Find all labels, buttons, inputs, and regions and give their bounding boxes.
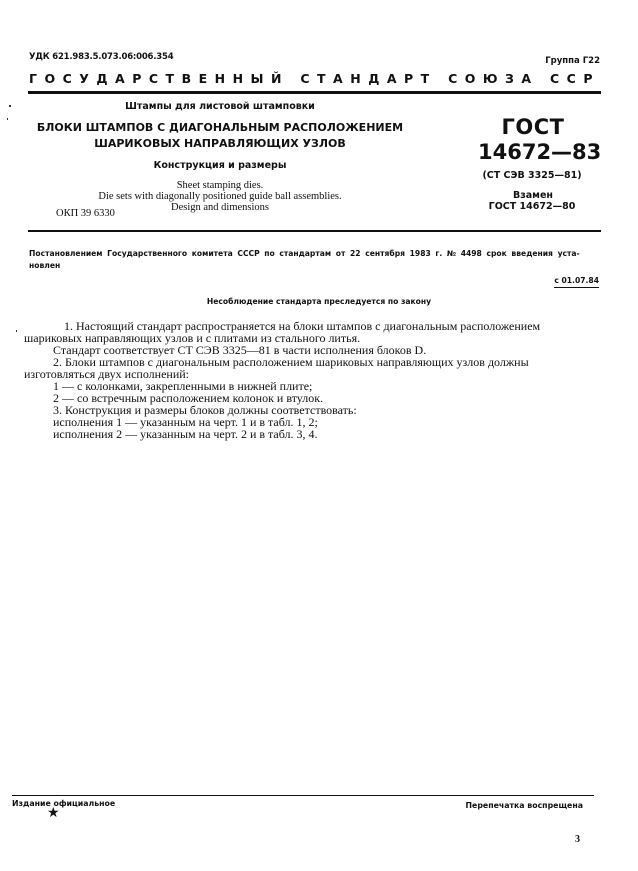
replaces-label: Взамен — [478, 190, 588, 201]
decree-line2: новлен — [29, 261, 60, 270]
body-line: исполнения 2 — указанным на черт. 2 и в … — [53, 428, 318, 440]
decree-line1: Постановлением Государственного комитета… — [29, 249, 599, 258]
document-title-line1: БЛОКИ ШТАМПОВ С ДИАГОНАЛЬНЫМ РАСПОЛОЖЕНИ… — [0, 121, 440, 134]
pre-title: Штампы для листовой штамповки — [0, 101, 440, 112]
effective-date: с 01.07.84 — [554, 276, 599, 288]
section-rule — [28, 230, 601, 232]
banner-word: ГОСУДАРСТВЕННЫЙ — [29, 71, 289, 86]
replaced-standard: ГОСТ 14672—80 — [470, 201, 594, 212]
legal-warning: Несоблюдение стандарта преследуется по з… — [0, 297, 638, 306]
decree-text: Постановлением Государственного комитета… — [29, 249, 580, 258]
footer-rule — [12, 795, 594, 796]
group-code: Группа Г22 — [545, 56, 600, 66]
banner-word: ССР — [550, 71, 600, 86]
scan-speck — [9, 105, 11, 107]
reprint-prohibited: Перепечатка воспрещена — [466, 801, 583, 810]
english-title-line2: Die sets with diagonally positioned guid… — [0, 192, 440, 203]
scan-speck — [7, 118, 8, 120]
gost-label: ГОСТ — [478, 115, 588, 139]
udk-code: УДК 621.983.5.073.06:006.354 — [29, 52, 173, 62]
st-sev-reference: (СТ СЭВ 3325—81) — [470, 170, 594, 181]
official-edition: Издание официальное — [12, 799, 115, 808]
state-standard-banner: ГОСУДАРСТВЕННЫЙ СТАНДАРТ СОЮЗА ССР — [29, 71, 600, 86]
banner-word: СОЮЗА — [448, 71, 539, 86]
star-icon: ★ — [47, 806, 60, 820]
document-subtitle: Конструкция и размеры — [0, 160, 440, 171]
gost-number: 14672—83 — [478, 140, 588, 164]
okp-code: ОКП 39 6330 — [56, 208, 115, 219]
english-title-line1: Sheet stamping dies. — [0, 181, 440, 192]
banner-word: СТАНДАРТ — [300, 71, 436, 86]
document-title-line2: ШАРИКОВЫХ НАПРАВЛЯЮЩИХ УЗЛОВ — [0, 137, 440, 150]
header-rule — [28, 91, 601, 94]
page-number: 3 — [575, 834, 580, 845]
scan-speck — [16, 330, 17, 332]
